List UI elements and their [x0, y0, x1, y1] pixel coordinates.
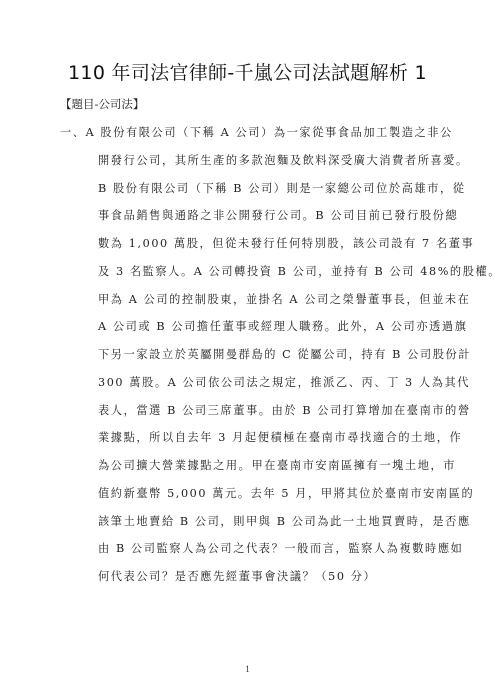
question-line: 該筆土地賣給 B 公司，則甲與 B 公司為此一土地買賣時，是否應	[60, 513, 426, 541]
question-block: 一、A 股份有限公司（下稱 A 公司）為一家從事食品加工製造之非公 開發行公司，…	[60, 124, 426, 596]
question-line: 一、A 股份有限公司（下稱 A 公司）為一家從事食品加工製造之非公	[60, 124, 426, 152]
question-line: 值約新臺幣 5,000 萬元。去年 5 月，甲將其位於臺南市安南區的	[60, 485, 426, 513]
question-line: 300 萬股。A 公司依公司法之規定，推派乙、丙、丁 3 人為其代	[60, 374, 426, 402]
question-line: 何代表公司？是否應先經董事會決議？（50 分）	[60, 568, 426, 596]
question-line: 及 3 名監察人。A 公司轉投資 B 公司，並持有 B 公司 48%的股權。	[60, 263, 426, 291]
question-line: 下另一家設立於英屬開曼群島的 C 從屬公司，持有 B 公司股份計	[60, 346, 426, 374]
question-line: 甲為 A 公司的控制股東，並掛名 A 公司之榮譽董事長，但並未在	[60, 291, 426, 319]
page-number: 1	[0, 664, 495, 674]
question-line: 數為 1,000 萬股，但從未發行任何特別股，該公司設有 7 名董事	[60, 235, 426, 263]
document-page: 110 年司法官律師-千嵐公司法試題解析 1 【題目-公司法】 一、A 股份有限…	[0, 0, 495, 700]
section-label: 【題目-公司法】	[60, 96, 144, 112]
question-line: 業據點，所以自去年 3 月起便積極在臺南市尋找適合的土地，作	[60, 429, 426, 457]
question-line: 開發行公司，其所生產的多款泡麵及飲料深受廣大消費者所喜愛。	[60, 152, 426, 180]
question-line: B 股份有限公司（下稱 B 公司）則是一家總公司位於高雄市，從	[60, 180, 426, 208]
question-line: 為公司擴大營業據點之用。甲在臺南市安南區擁有一塊土地，市	[60, 457, 426, 485]
document-title: 110 年司法官律師-千嵐公司法試題解析 1	[0, 61, 495, 85]
question-line: 由 B 公司監察人為公司之代表？一般而言，監察人為複數時應如	[60, 540, 426, 568]
question-line: 表人，當選 B 公司三席董事。由於 B 公司打算增加在臺南市的營	[60, 402, 426, 430]
question-line: 事食品銷售與通路之非公開發行公司。B 公司目前已發行股份總	[60, 207, 426, 235]
question-line: A 公司或 B 公司擔任董事或經理人職務。此外，A 公司亦透過旗	[60, 318, 426, 346]
